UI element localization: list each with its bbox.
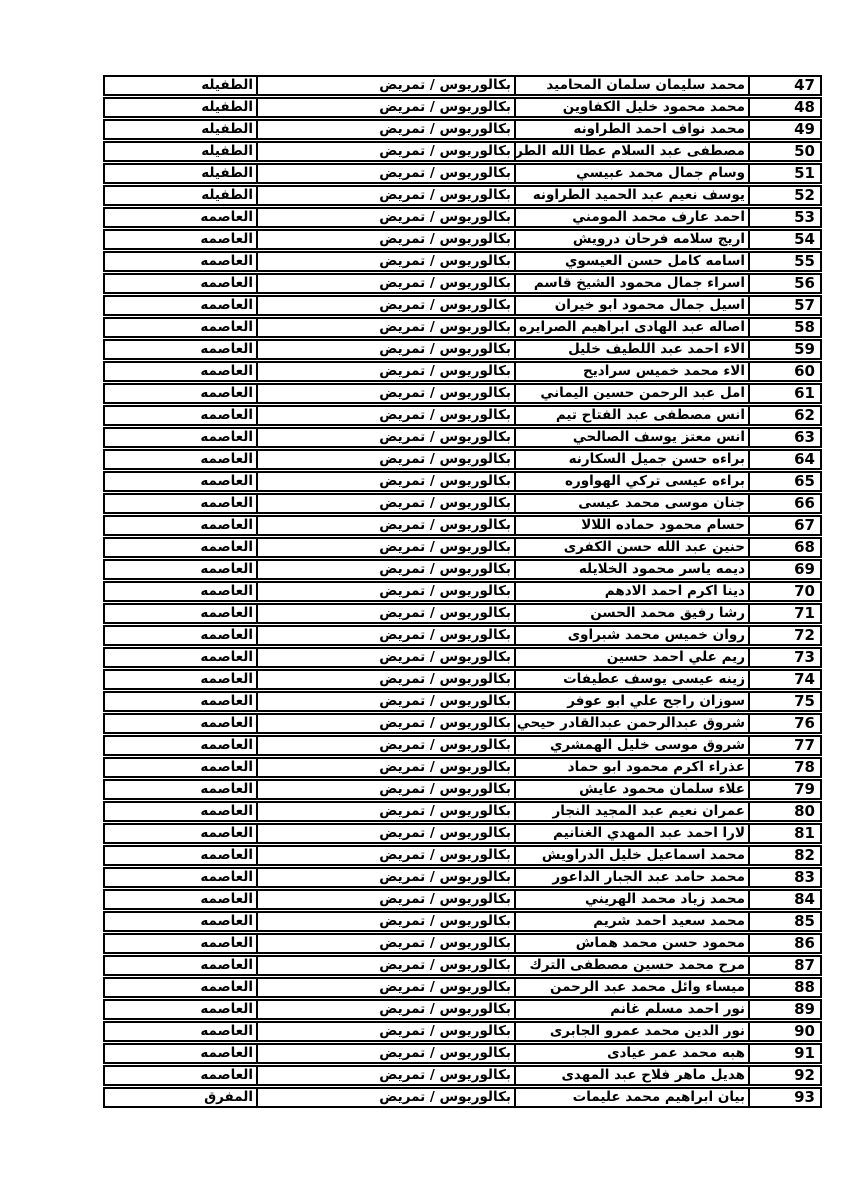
cell-name: زينه عيسى يوسف عطيفات [514,671,748,688]
cell-row-number: 71 [748,605,820,622]
table-row: 88ميساء وائل محمد عبد الرحمنبكالوريوس / … [103,977,822,998]
cell-region: المفرق [105,1089,256,1106]
cell-row-number: 80 [748,803,820,820]
table-row: 91هبه محمد عمر عيادىبكالوريوس / تمريضالع… [103,1043,822,1064]
table-row: 70دينا اكرم احمد الادهمبكالوريوس / تمريض… [103,581,822,602]
cell-row-number: 90 [748,1023,820,1040]
cell-degree: بكالوريوس / تمريض [256,99,514,116]
cell-region: العاصمه [105,451,256,468]
cell-region: العاصمه [105,407,256,424]
cell-degree: بكالوريوس / تمريض [256,231,514,248]
cell-region: العاصمه [105,825,256,842]
table-row: 58اصاله عبد الهادى ابراهيم الصرايرهبكالو… [103,317,822,338]
cell-degree: بكالوريوس / تمريض [256,1089,514,1106]
cell-region: العاصمه [105,1001,256,1018]
cell-name: حسام محمود حماده اللالا [514,517,748,534]
cell-row-number: 70 [748,583,820,600]
table-row: 71رشا رفيق محمد الحسنبكالوريوس / تمريضال… [103,603,822,624]
cell-region: العاصمه [105,209,256,226]
cell-region: العاصمه [105,1067,256,1084]
cell-region: العاصمه [105,913,256,930]
cell-name: علاء سلمان محمود عايش [514,781,748,798]
cell-row-number: 53 [748,209,820,226]
cell-region: العاصمه [105,627,256,644]
cell-degree: بكالوريوس / تمريض [256,957,514,974]
cell-degree: بكالوريوس / تمريض [256,781,514,798]
table-row: 80عمران نعيم عبد المجيد النجاربكالوريوس … [103,801,822,822]
cell-degree: بكالوريوس / تمريض [256,759,514,776]
table-row: 47محمد سليمان سلمان المحاميدبكالوريوس / … [103,75,822,96]
cell-row-number: 68 [748,539,820,556]
cell-name: الاء احمد عبد اللطيف خليل [514,341,748,358]
table-row: 77شروق موسى خليل الهمشريبكالوريوس / تمري… [103,735,822,756]
cell-row-number: 89 [748,1001,820,1018]
cell-row-number: 85 [748,913,820,930]
cell-row-number: 59 [748,341,820,358]
table-row: 57اسيل جمال محمود ابو خيرانبكالوريوس / ت… [103,295,822,316]
table-row: 56اسراء جمال محمود الشيخ قاسمبكالوريوس /… [103,273,822,294]
cell-row-number: 92 [748,1067,820,1084]
cell-degree: بكالوريوس / تمريض [256,1001,514,1018]
cell-name: ميساء وائل محمد عبد الرحمن [514,979,748,996]
cell-degree: بكالوريوس / تمريض [256,253,514,270]
cell-name: وسام جمال محمد عبيسي [514,165,748,182]
cell-name: محمود حسن محمد هماش [514,935,748,952]
cell-name: اريج سلامه فرحان درويش [514,231,748,248]
cell-region: العاصمه [105,759,256,776]
cell-row-number: 88 [748,979,820,996]
table-row: 50مصطفى عبد السلام عطا الله الطراونهبكال… [103,141,822,162]
cell-degree: بكالوريوس / تمريض [256,165,514,182]
cell-region: العاصمه [105,561,256,578]
table-row: 87مرح محمد حسين مصطفى التركبكالوريوس / ت… [103,955,822,976]
cell-degree: بكالوريوس / تمريض [256,209,514,226]
cell-degree: بكالوريوس / تمريض [256,473,514,490]
cell-name: محمد اسماعيل خليل الدراويش [514,847,748,864]
cell-degree: بكالوريوس / تمريض [256,143,514,160]
cell-row-number: 62 [748,407,820,424]
table-row: 63انس معتز يوسف الصالحيبكالوريوس / تمريض… [103,427,822,448]
table-row: 74زينه عيسى يوسف عطيفاتبكالوريوس / تمريض… [103,669,822,690]
cell-region: العاصمه [105,671,256,688]
cell-region: العاصمه [105,1045,256,1062]
cell-name: اصاله عبد الهادى ابراهيم الصرايره [514,319,748,336]
table-row: 53احمد عارف محمد المومنيبكالوريوس / تمري… [103,207,822,228]
cell-degree: بكالوريوس / تمريض [256,451,514,468]
cell-region: العاصمه [105,979,256,996]
cell-degree: بكالوريوس / تمريض [256,297,514,314]
scanned-document-page: 47محمد سليمان سلمان المحاميدبكالوريوس / … [0,0,848,1200]
table-row: 59الاء احمد عبد اللطيف خليلبكالوريوس / ت… [103,339,822,360]
cell-row-number: 82 [748,847,820,864]
cell-degree: بكالوريوس / تمريض [256,671,514,688]
cell-region: العاصمه [105,275,256,292]
cell-name: مرح محمد حسين مصطفى الترك [514,957,748,974]
cell-row-number: 84 [748,891,820,908]
cell-row-number: 83 [748,869,820,886]
cell-degree: بكالوريوس / تمريض [256,121,514,138]
cell-name: محمد زياد محمد الهريني [514,891,748,908]
cell-name: نور احمد مسلم غانم [514,1001,748,1018]
cell-row-number: 66 [748,495,820,512]
cell-row-number: 55 [748,253,820,270]
cell-region: الطفيله [105,143,256,160]
cell-row-number: 86 [748,935,820,952]
table-row: 55اسامه كامل حسن العيسويبكالوريوس / تمري… [103,251,822,272]
cell-row-number: 77 [748,737,820,754]
table-row: 61امل عبد الرحمن حسين اليمانيبكالوريوس /… [103,383,822,404]
cell-degree: بكالوريوس / تمريض [256,385,514,402]
cell-name: ريم علي احمد حسين [514,649,748,666]
cell-region: العاصمه [105,781,256,798]
cell-degree: بكالوريوس / تمريض [256,1067,514,1084]
cell-degree: بكالوريوس / تمريض [256,825,514,842]
graduates-table: 47محمد سليمان سلمان المحاميدبكالوريوس / … [103,75,822,1109]
cell-region: العاصمه [105,319,256,336]
cell-name: يوسف نعيم عبد الحميد الطراونه [514,187,748,204]
cell-region: العاصمه [105,847,256,864]
table-row: 76شروق عبدالرحمن عبدالقادر حيحيبكالوريوس… [103,713,822,734]
table-row: 65براءه عيسى تركي الهواورهبكالوريوس / تم… [103,471,822,492]
cell-name: هديل ماهر فلاح عبد المهدى [514,1067,748,1084]
table-row: 54اريج سلامه فرحان درويشبكالوريوس / تمري… [103,229,822,250]
cell-region: العاصمه [105,539,256,556]
cell-row-number: 72 [748,627,820,644]
table-row: 69ديمه ياسر محمود الخلايلهبكالوريوس / تم… [103,559,822,580]
cell-region: العاصمه [105,803,256,820]
table-row: 68حنين عبد الله حسن الكفرىبكالوريوس / تم… [103,537,822,558]
cell-degree: بكالوريوس / تمريض [256,517,514,534]
cell-row-number: 67 [748,517,820,534]
cell-region: العاصمه [105,605,256,622]
table-row: 62انس مصطفى عبد الفتاح تيمبكالوريوس / تم… [103,405,822,426]
table-row: 75سوزان راجح علي ابو عوفربكالوريوس / تمر… [103,691,822,712]
cell-region: العاصمه [105,869,256,886]
cell-region: الطفيله [105,77,256,94]
cell-name: براءه حسن جميل السكارنه [514,451,748,468]
cell-region: العاصمه [105,517,256,534]
cell-row-number: 52 [748,187,820,204]
cell-region: العاصمه [105,649,256,666]
cell-row-number: 91 [748,1045,820,1062]
cell-degree: بكالوريوس / تمريض [256,1045,514,1062]
cell-name: انس معتز يوسف الصالحي [514,429,748,446]
cell-region: الطفيله [105,165,256,182]
cell-row-number: 79 [748,781,820,798]
cell-name: براءه عيسى تركي الهواوره [514,473,748,490]
table-row: 49محمد نواف احمد الطراونهبكالوريوس / تمر… [103,119,822,140]
cell-name: اسامه كامل حسن العيسوي [514,253,748,270]
cell-row-number: 75 [748,693,820,710]
cell-row-number: 74 [748,671,820,688]
table-row: 67حسام محمود حماده اللالابكالوريوس / تمر… [103,515,822,536]
cell-name: انس مصطفى عبد الفتاح تيم [514,407,748,424]
cell-region: العاصمه [105,473,256,490]
cell-region: العاصمه [105,737,256,754]
cell-row-number: 61 [748,385,820,402]
cell-degree: بكالوريوس / تمريض [256,891,514,908]
table-row: 60الاء محمد خميس سراديحبكالوريوس / تمريض… [103,361,822,382]
cell-region: الطفيله [105,121,256,138]
cell-degree: بكالوريوس / تمريض [256,407,514,424]
cell-degree: بكالوريوس / تمريض [256,495,514,512]
cell-region: العاصمه [105,583,256,600]
cell-name: الاء محمد خميس سراديح [514,363,748,380]
cell-region: العاصمه [105,363,256,380]
cell-name: محمد سعيد احمد شريم [514,913,748,930]
cell-name: عمران نعيم عبد المجيد النجار [514,803,748,820]
cell-degree: بكالوريوس / تمريض [256,649,514,666]
table-row: 89نور احمد مسلم غانمبكالوريوس / تمريضالع… [103,999,822,1020]
cell-degree: بكالوريوس / تمريض [256,275,514,292]
cell-degree: بكالوريوس / تمريض [256,803,514,820]
cell-row-number: 87 [748,957,820,974]
cell-row-number: 58 [748,319,820,336]
cell-row-number: 63 [748,429,820,446]
cell-row-number: 64 [748,451,820,468]
cell-row-number: 50 [748,143,820,160]
cell-degree: بكالوريوس / تمريض [256,319,514,336]
cell-row-number: 51 [748,165,820,182]
table-row: 48محمد محمود خليل الكفاوينبكالوريوس / تم… [103,97,822,118]
cell-degree: بكالوريوس / تمريض [256,913,514,930]
cell-name: مصطفى عبد السلام عطا الله الطراونه [514,143,748,160]
table-row: 73ريم علي احمد حسينبكالوريوس / تمريضالعا… [103,647,822,668]
table-row: 92هديل ماهر فلاح عبد المهدىبكالوريوس / ت… [103,1065,822,1086]
table-row: 64براءه حسن جميل السكارنهبكالوريوس / تمر… [103,449,822,470]
table-row: 81لارا احمد عبد المهدي الغنانيمبكالوريوس… [103,823,822,844]
cell-region: العاصمه [105,1023,256,1040]
cell-degree: بكالوريوس / تمريض [256,979,514,996]
cell-name: اسراء جمال محمود الشيخ قاسم [514,275,748,292]
table-row: 72روان خميس محمد شبراوىبكالوريوس / تمريض… [103,625,822,646]
cell-degree: بكالوريوس / تمريض [256,429,514,446]
cell-name: نور الدين محمد عمرو الجابرى [514,1023,748,1040]
cell-degree: بكالوريوس / تمريض [256,561,514,578]
cell-row-number: 47 [748,77,820,94]
cell-name: احمد عارف محمد المومني [514,209,748,226]
cell-name: اسيل جمال محمود ابو خيران [514,297,748,314]
cell-degree: بكالوريوس / تمريض [256,363,514,380]
cell-degree: بكالوريوس / تمريض [256,1023,514,1040]
table-row: 90نور الدين محمد عمرو الجابرىبكالوريوس /… [103,1021,822,1042]
cell-name: عذراء اكرم محمود ابو حماد [514,759,748,776]
table-row: 78عذراء اكرم محمود ابو حمادبكالوريوس / ت… [103,757,822,778]
cell-region: العاصمه [105,957,256,974]
cell-degree: بكالوريوس / تمريض [256,693,514,710]
table-row: 83محمد حامد عبد الجبار الداعوربكالوريوس … [103,867,822,888]
cell-region: العاصمه [105,715,256,732]
cell-region: العاصمه [105,429,256,446]
cell-row-number: 48 [748,99,820,116]
cell-row-number: 60 [748,363,820,380]
cell-region: العاصمه [105,253,256,270]
cell-row-number: 76 [748,715,820,732]
cell-region: الطفيله [105,99,256,116]
cell-degree: بكالوريوس / تمريض [256,77,514,94]
cell-region: العاصمه [105,935,256,952]
cell-name: بيان ابراهيم محمد عليمات [514,1089,748,1106]
cell-degree: بكالوريوس / تمريض [256,605,514,622]
table-row: 52يوسف نعيم عبد الحميد الطراونهبكالوريوس… [103,185,822,206]
table-row: 66جنان موسى محمد عيسىبكالوريوس / تمريضال… [103,493,822,514]
cell-name: امل عبد الرحمن حسين اليماني [514,385,748,402]
cell-row-number: 93 [748,1089,820,1106]
table-row: 93بيان ابراهيم محمد عليماتبكالوريوس / تم… [103,1087,822,1108]
table-row: 79علاء سلمان محمود عايشبكالوريوس / تمريض… [103,779,822,800]
cell-name: محمد سليمان سلمان المحاميد [514,77,748,94]
cell-degree: بكالوريوس / تمريض [256,341,514,358]
cell-degree: بكالوريوس / تمريض [256,583,514,600]
table-row: 51وسام جمال محمد عبيسيبكالوريوس / تمريضا… [103,163,822,184]
cell-degree: بكالوريوس / تمريض [256,187,514,204]
cell-region: الطفيله [105,187,256,204]
cell-name: محمد حامد عبد الجبار الداعور [514,869,748,886]
table-row: 84محمد زياد محمد الهرينيبكالوريوس / تمري… [103,889,822,910]
cell-degree: بكالوريوس / تمريض [256,627,514,644]
cell-row-number: 57 [748,297,820,314]
cell-name: حنين عبد الله حسن الكفرى [514,539,748,556]
cell-name: رشا رفيق محمد الحسن [514,605,748,622]
cell-name: محمد نواف احمد الطراونه [514,121,748,138]
cell-row-number: 56 [748,275,820,292]
cell-name: شروق موسى خليل الهمشري [514,737,748,754]
cell-row-number: 49 [748,121,820,138]
cell-row-number: 78 [748,759,820,776]
table-row: 82محمد اسماعيل خليل الدراويشبكالوريوس / … [103,845,822,866]
cell-row-number: 54 [748,231,820,248]
cell-name: لارا احمد عبد المهدي الغنانيم [514,825,748,842]
cell-degree: بكالوريوس / تمريض [256,539,514,556]
cell-name: ديمه ياسر محمود الخلايله [514,561,748,578]
table-row: 85محمد سعيد احمد شريمبكالوريوس / تمريضال… [103,911,822,932]
table-row: 86محمود حسن محمد هماشبكالوريوس / تمريضال… [103,933,822,954]
cell-name: هبه محمد عمر عيادى [514,1045,748,1062]
cell-degree: بكالوريوس / تمريض [256,737,514,754]
cell-region: العاصمه [105,341,256,358]
cell-row-number: 81 [748,825,820,842]
cell-name: شروق عبدالرحمن عبدالقادر حيحي [514,715,748,732]
cell-name: جنان موسى محمد عيسى [514,495,748,512]
cell-row-number: 69 [748,561,820,578]
cell-region: العاصمه [105,693,256,710]
cell-degree: بكالوريوس / تمريض [256,869,514,886]
cell-degree: بكالوريوس / تمريض [256,935,514,952]
cell-name: روان خميس محمد شبراوى [514,627,748,644]
cell-region: العاصمه [105,385,256,402]
cell-degree: بكالوريوس / تمريض [256,715,514,732]
cell-region: العاصمه [105,297,256,314]
cell-name: سوزان راجح علي ابو عوفر [514,693,748,710]
cell-row-number: 73 [748,649,820,666]
cell-region: العاصمه [105,891,256,908]
cell-region: العاصمه [105,495,256,512]
cell-region: العاصمه [105,231,256,248]
cell-name: محمد محمود خليل الكفاوين [514,99,748,116]
cell-degree: بكالوريوس / تمريض [256,847,514,864]
cell-name: دينا اكرم احمد الادهم [514,583,748,600]
cell-row-number: 65 [748,473,820,490]
